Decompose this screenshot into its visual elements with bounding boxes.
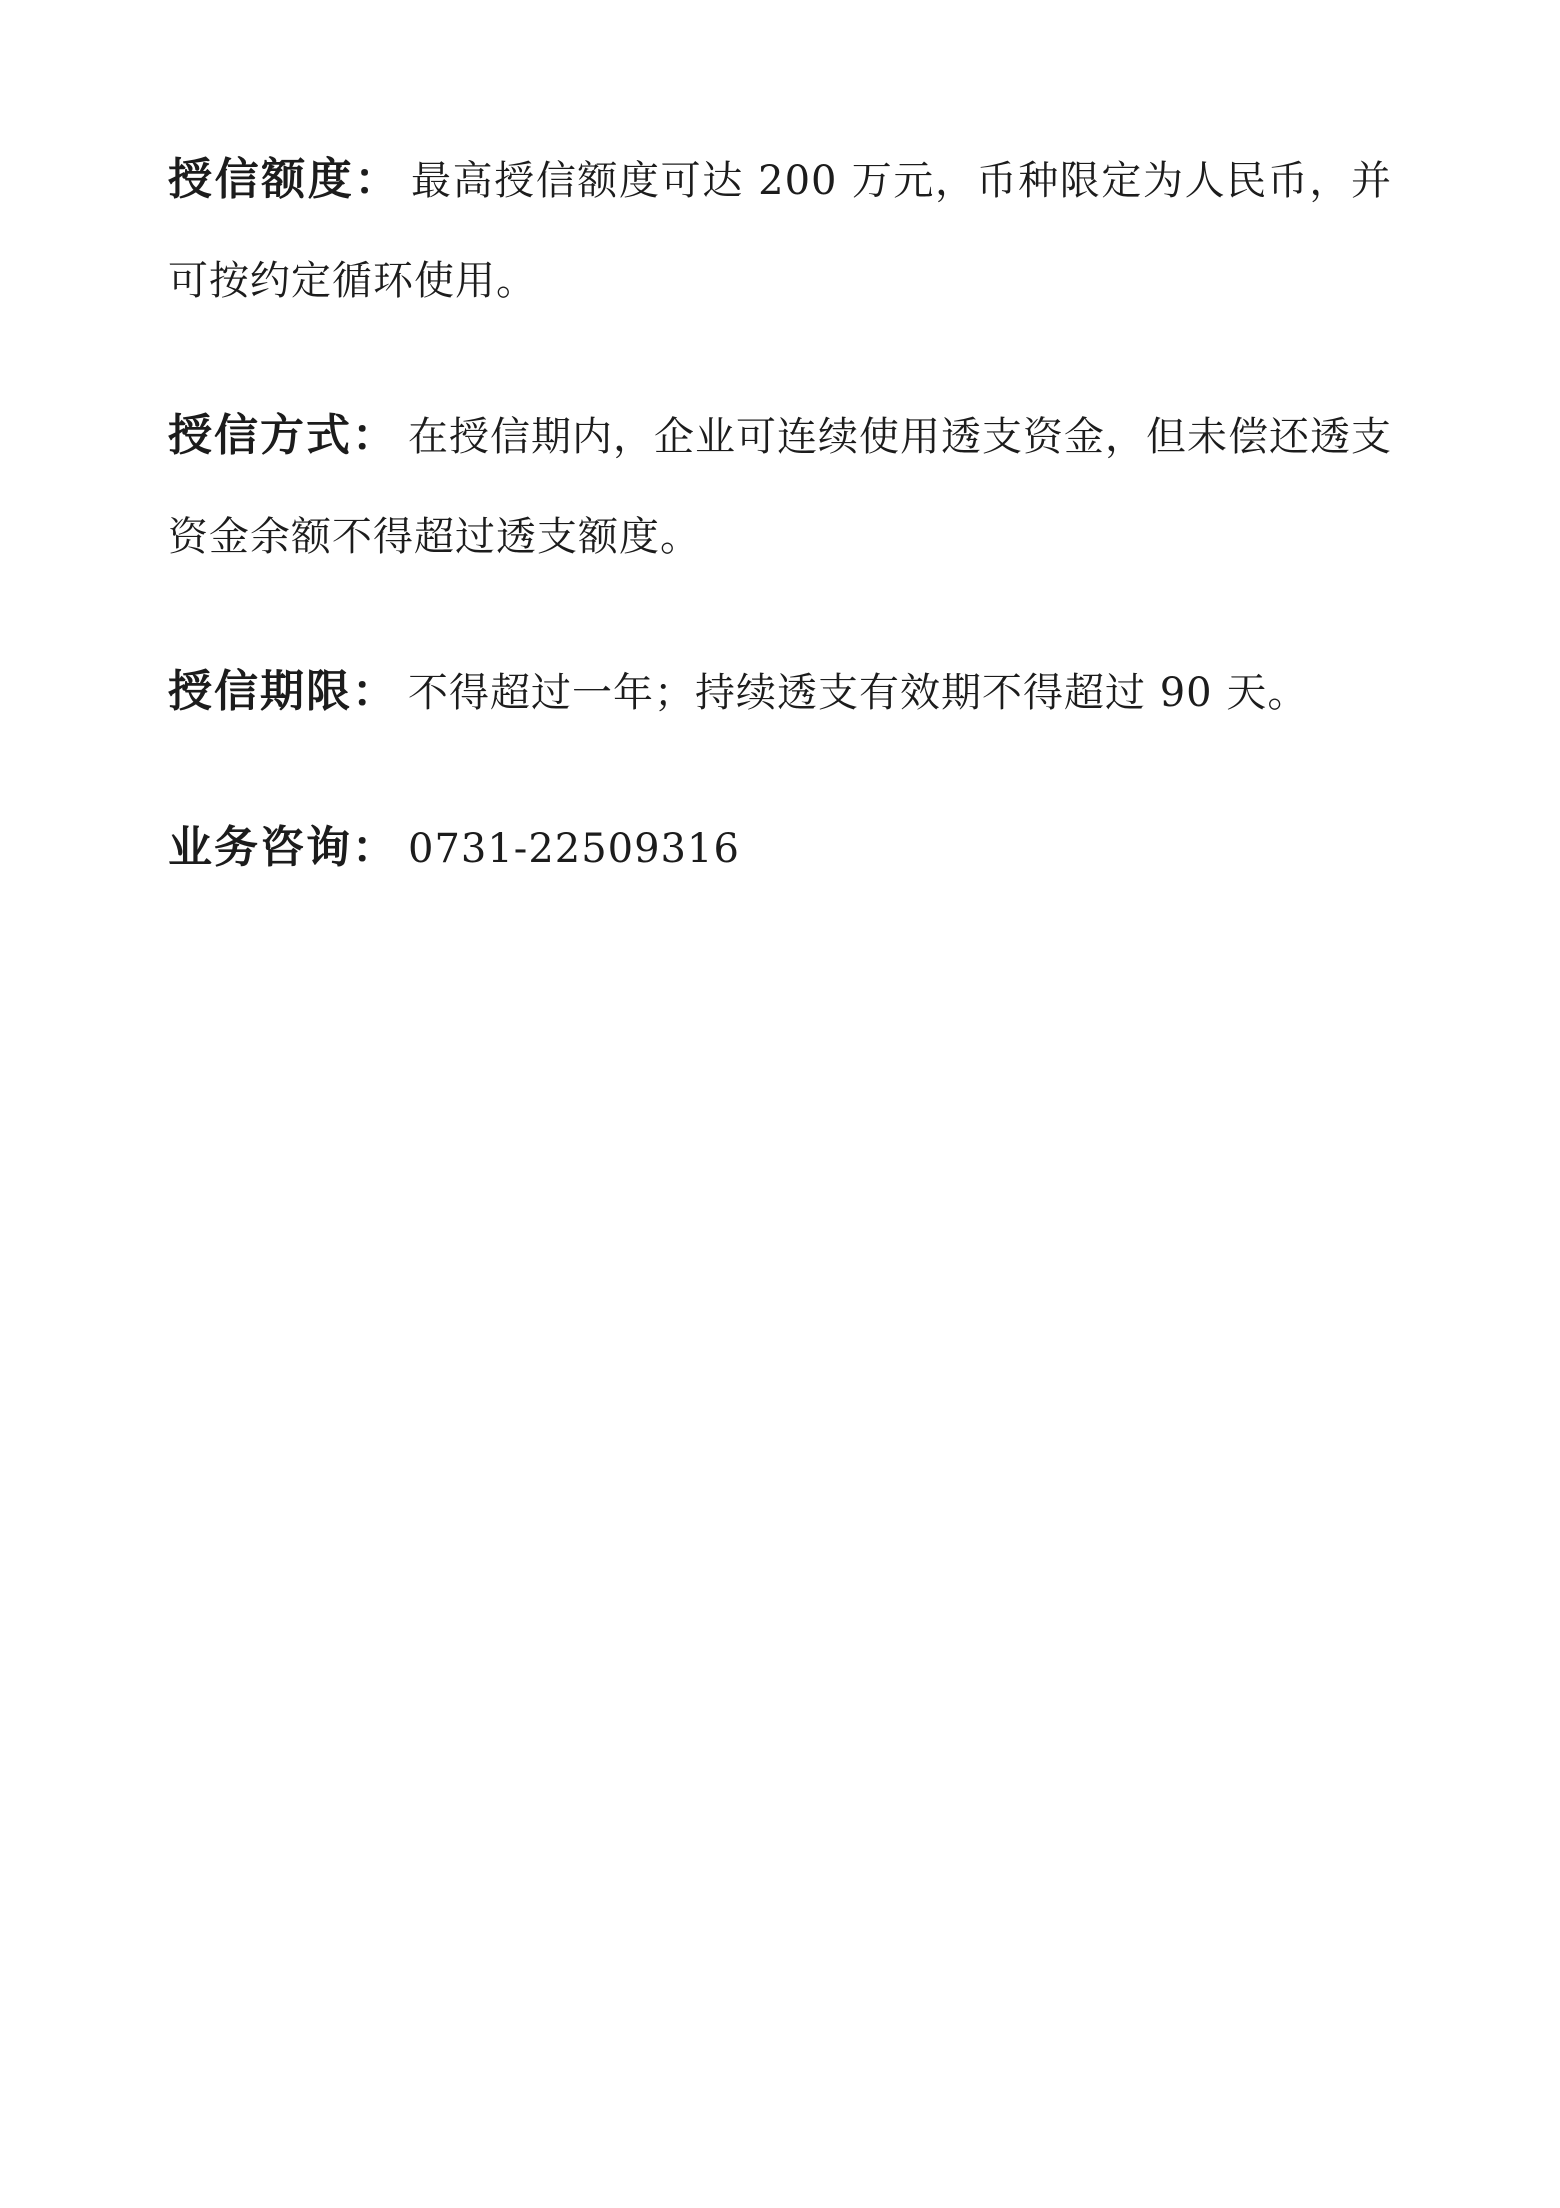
paragraph-credit-method: 授信方式：在授信期内，企业可连续使用透支资金，但未偿还透支资金余额不得超过透支额…	[168, 386, 1392, 587]
paragraph-label-credit-method: 授信方式：	[168, 410, 408, 461]
paragraph-label-credit-limit: 授信额度：	[168, 154, 411, 205]
document-page: 授信额度：最高授信额度可达 200 万元，币种限定为人民币，并可按约定循环使用。…	[0, 0, 1560, 2208]
paragraph-label-credit-term: 授信期限：	[168, 666, 408, 717]
paragraph-text-business-inquiry: 0731-22509316	[408, 826, 740, 872]
paragraph-business-inquiry: 业务咨询：0731-22509316	[168, 798, 1392, 899]
paragraph-text-credit-term: 不得超过一年；持续透支有效期不得超过 90 天。	[408, 670, 1308, 716]
paragraph-credit-term: 授信期限：不得超过一年；持续透支有效期不得超过 90 天。	[168, 642, 1392, 743]
paragraph-label-business-inquiry: 业务咨询：	[168, 822, 408, 873]
paragraph-credit-limit: 授信额度：最高授信额度可达 200 万元，币种限定为人民币，并可按约定循环使用。	[168, 130, 1392, 331]
